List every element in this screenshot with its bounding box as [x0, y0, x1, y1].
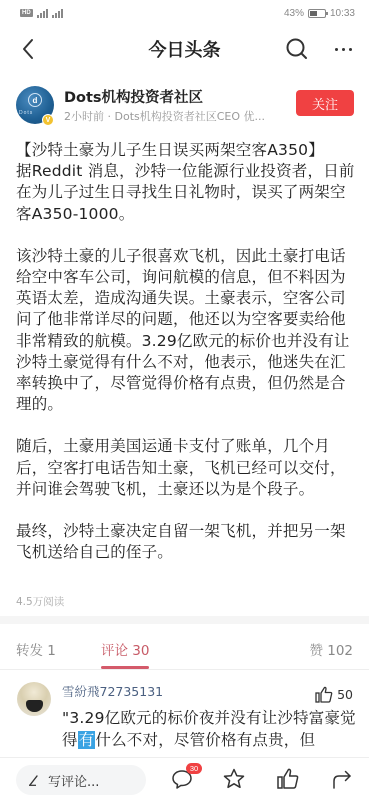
verified-badge-icon: V — [42, 114, 54, 126]
thumbs-up-icon — [276, 767, 300, 791]
article-paragraph: 据Reddit 消息，沙特一位能源行业投资者，日前在为儿子过生日寻找生日礼物时，… — [16, 161, 356, 225]
share-button[interactable] — [330, 767, 356, 793]
follow-button[interactable]: 关注 — [296, 90, 354, 116]
status-indicators: HD — [20, 9, 63, 18]
commenter-name[interactable]: 雪紛飛72735131 — [62, 682, 163, 700]
more-dot-icon — [342, 48, 345, 51]
hd-icon: HD — [20, 9, 33, 17]
like-button[interactable] — [276, 767, 302, 793]
write-comment-placeholder: 写评论... — [48, 771, 99, 790]
comment-text: "3.29亿欧元的标价夜并没有让沙特富豪觉得有什么不对，尽管价格有点贵，但 — [62, 707, 362, 751]
article-title: 【沙特土豪为儿子生日误买两架空客A350】 — [16, 140, 356, 161]
author-name[interactable]: Dots机构投资者社区 — [64, 86, 203, 107]
status-right: 43% 10:33 — [284, 8, 355, 19]
read-count: 4.5万阅读 — [16, 594, 64, 609]
signal-icon — [37, 9, 48, 18]
status-bar: HD 43% 10:33 — [0, 0, 369, 26]
avatar-text: Dots — [19, 110, 33, 116]
comment-like-button[interactable]: 50 — [315, 686, 353, 703]
comment-count-badge: 30 — [186, 763, 202, 774]
favorite-button[interactable] — [222, 767, 248, 793]
thumbs-up-icon — [315, 686, 333, 703]
tab-likes[interactable]: 赞 102 — [309, 639, 353, 659]
page-title: 今日头条 — [0, 36, 369, 62]
share-arrow-icon — [330, 767, 354, 791]
interaction-tabs: 转发 1 评论 30 赞 102 — [0, 624, 369, 670]
more-dot-icon — [349, 48, 352, 51]
article-paragraph: 随后，土豪用美国运通卡支付了账单，几个月后，空客打电话告知土豪，飞机已经可以交付… — [16, 436, 356, 500]
tab-comments[interactable]: 评论 30 — [101, 639, 149, 659]
commenter-avatar[interactable] — [17, 682, 51, 716]
avatar-logo: d — [28, 93, 42, 107]
comments-button[interactable]: 30 — [170, 767, 196, 793]
pen-icon — [28, 774, 40, 786]
search-button[interactable] — [284, 36, 310, 62]
selected-text-highlight: 有 — [78, 731, 96, 749]
clock: 10:33 — [330, 8, 355, 19]
article-paragraph: 最终，沙特土豪决定自留一架飞机，并把另一架飞机送给自己的侄子。 — [16, 521, 356, 563]
nav-bar: 今日头条 — [0, 26, 369, 72]
tab-repost[interactable]: 转发 1 — [16, 639, 56, 659]
chevron-left-icon — [21, 38, 35, 60]
comment-item: 雪紛飛72735131 50 "3.29亿欧元的标价夜并没有让沙特富豪觉得有什么… — [0, 678, 369, 758]
article-paragraph: 该沙特土豪的儿子很喜欢飞机，因此土豪打电话给空中客车公司，询问航模的信息，但不料… — [16, 246, 356, 416]
star-icon — [222, 767, 246, 791]
bottom-action-bar: 写评论... 30 — [0, 757, 369, 800]
more-dot-icon — [335, 48, 338, 51]
back-button[interactable] — [14, 34, 42, 64]
section-divider — [0, 616, 369, 624]
search-icon — [284, 36, 310, 62]
active-tab-indicator — [101, 666, 149, 669]
comment-text-part: 什么不对，尽管价格有点贵，但 — [95, 731, 315, 749]
battery-icon — [308, 9, 326, 18]
comment-like-count: 50 — [337, 687, 353, 702]
signal-icon-2 — [52, 9, 63, 18]
article-body: 【沙特土豪为儿子生日误买两架空客A350】 据Reddit 消息，沙特一位能源行… — [16, 140, 356, 584]
author-meta: 2小时前 · Dots机构投资者社区CEO 优... — [64, 108, 279, 124]
more-button[interactable] — [328, 36, 358, 62]
write-comment-input[interactable]: 写评论... — [16, 765, 146, 795]
battery-percent: 43% — [284, 8, 304, 19]
author-row: d Dots V Dots机构投资者社区 2小时前 · Dots机构投资者社区C… — [0, 84, 369, 128]
